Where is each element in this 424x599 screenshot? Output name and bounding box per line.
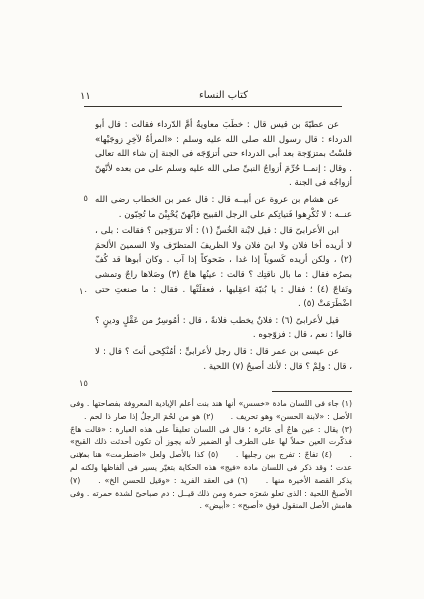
paragraph-2: عن هشام بن عروة عن أبيــه قال : قال عمر … bbox=[95, 193, 352, 222]
footnote-separator-rule bbox=[272, 391, 352, 392]
page-number: ١١ bbox=[80, 91, 91, 102]
footnotes-block: (١) جاء فى اللسان مادة «خسس» أنها هند بن… bbox=[70, 398, 352, 513]
header-rule bbox=[84, 106, 342, 107]
footnote-4: (٤) تفاجّ : تفرج بين رجليها . bbox=[236, 450, 332, 459]
paragraph-3: ابن الأعرابىّ قال : قيل لابْنة الخُسِّ (… bbox=[95, 224, 352, 312]
book-title: كتاب النساء bbox=[95, 90, 352, 101]
footnote-2: (٢) هو من لحُمَ الرجلُ إذا صار ذا لحم . bbox=[84, 412, 214, 421]
paragraph-5: عن عيسى بن عمر قال : قال رجل لأعرابىٍّ :… bbox=[95, 345, 352, 374]
paragraph-1: عن عطيّةَ بن قيس قال : خطَبَ معاويةُ أمَ… bbox=[95, 118, 352, 191]
margin-line-number-15: ١٥ bbox=[64, 379, 88, 389]
footnote-6: (٦) فى العقد الفريد : «وقيل للحسن الخ» . bbox=[98, 476, 248, 485]
margin-line-number-10: ١٠ bbox=[64, 287, 88, 297]
margin-line-number-5: ٥ bbox=[64, 194, 88, 204]
scanned-book-page: ١١ كتاب النساء ٥ ١٠ ١٥ ٢٠ عن عطيّةَ بن ق… bbox=[0, 0, 424, 599]
paragraph-4: قيل لأعرابىّ (٦) : فلانٌ يخطب فلانةً ، ق… bbox=[95, 314, 352, 343]
main-text-block: عن عطيّةَ بن قيس قال : خطَبَ معاويةُ أمَ… bbox=[95, 118, 352, 390]
